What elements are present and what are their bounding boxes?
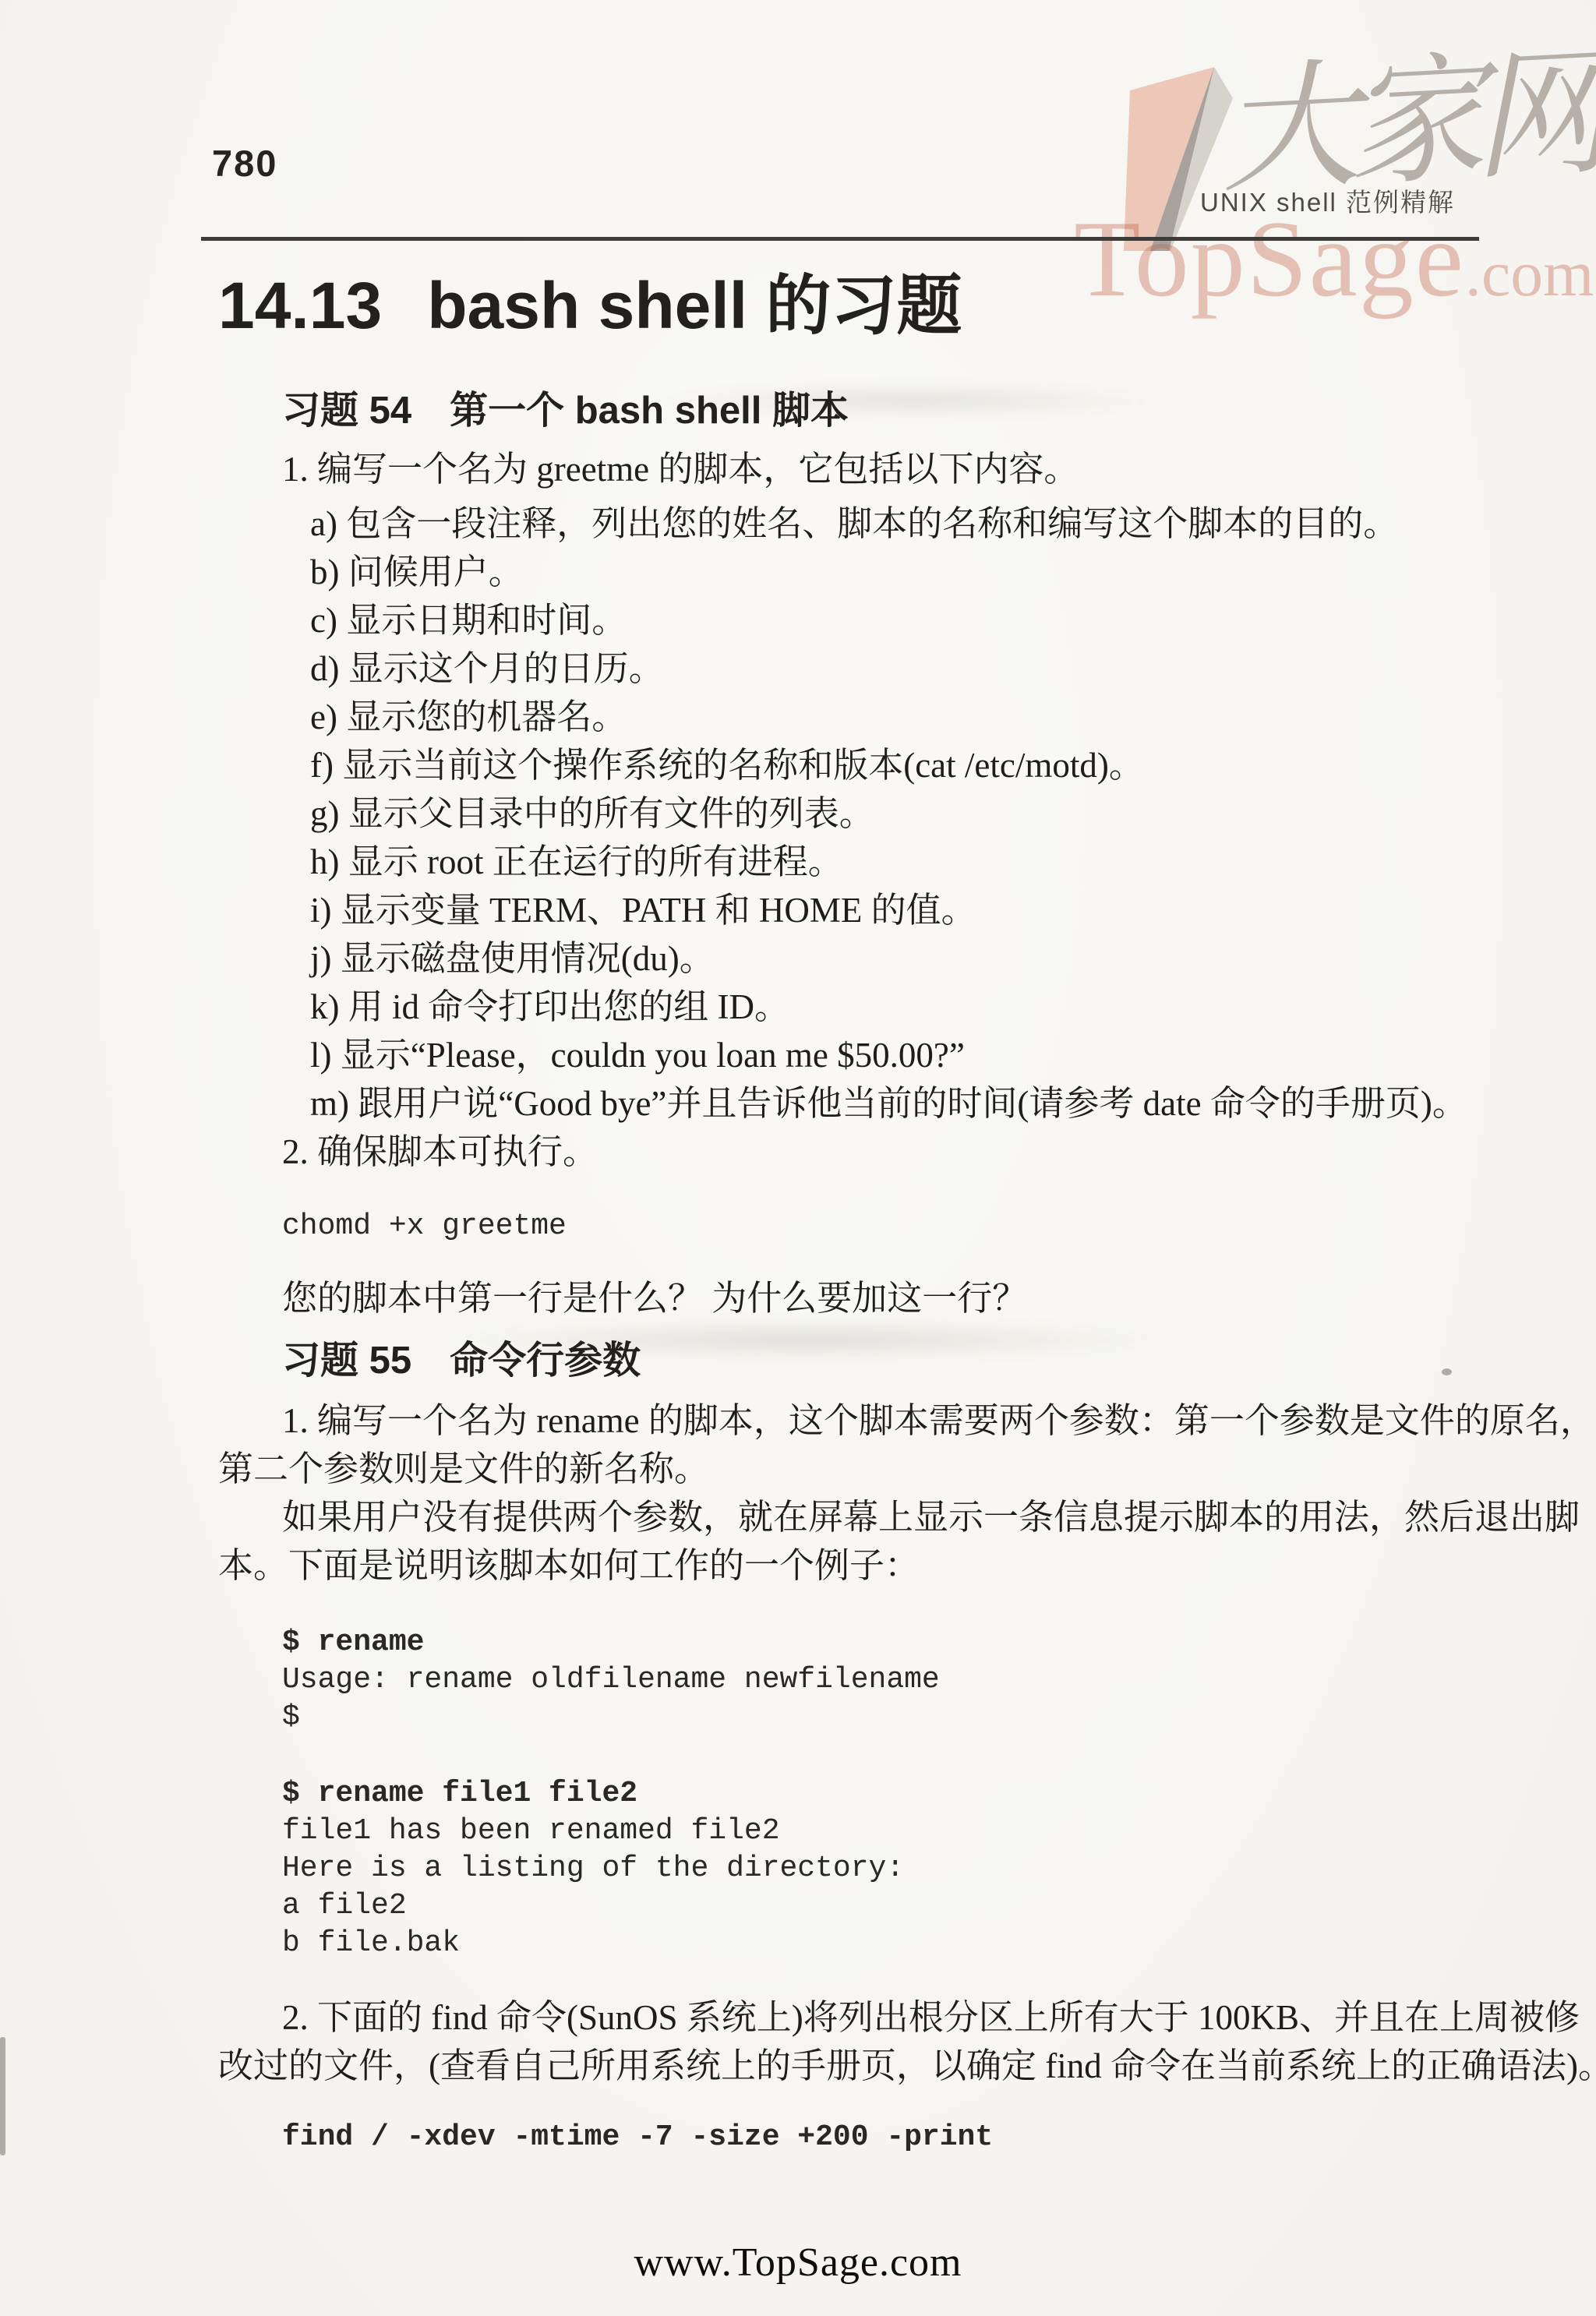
subitem-g: g) 显示父目录中的所有文件的列表。 [310, 789, 1504, 838]
subitem-m: m) 跟用户说“Good bye”并且告诉他当前的时间(请参考 date 命令的… [310, 1079, 1504, 1128]
running-header-title: UNIX shell 范例精解 [1200, 189, 1455, 215]
exercise54-question: 您的脚本中第一行是什么？ 为什么要加这一行？ [218, 1274, 1504, 1322]
scan-edge-mark [0, 2037, 5, 2155]
terminal2-output-line: file1 has been renamed file2 [282, 1813, 1504, 1850]
subitem-f: f) 显示当前这个操作系统的名称和版本(cat /etc/motd)。 [310, 741, 1504, 789]
subitem-a: a) 包含一段注释，列出您的姓名、脚本的名称和编写这个脚本的目的。 [310, 500, 1504, 548]
terminal2-output-line: b file.bak [282, 1925, 1504, 1962]
subitem-l: l) 显示“Please，couldn you loan me $50.00?” [310, 1031, 1504, 1079]
subitem-i: i) 显示变量 TERM、PATH 和 HOME 的值。 [310, 886, 1504, 934]
terminal2-output-line: a file2 [282, 1887, 1504, 1925]
section-heading: 14.13 bash shell 的习题 [218, 273, 1504, 338]
terminal1-command: $ rename [282, 1624, 1504, 1661]
exercise55-para1-line1: 1. 编写一个名为 rename 的脚本，这个脚本需要两个参数：第一个参数是文件… [218, 1396, 1504, 1445]
terminal-transcript-2: $ rename file1 file2 file1 has been rena… [282, 1775, 1504, 1962]
subitem-k: k) 用 id 命令打印出您的组 ID。 [310, 983, 1504, 1031]
chmod-code-line: chomd +x greetme [282, 1212, 1504, 1241]
exercise55-para3-line2: 改过的文件，(查看自己所用系统上的手册页，以确定 find 命令在当前系统上的正… [218, 2042, 1504, 2090]
exercise55-heading: 习题 55 命令行参数 [282, 1338, 1504, 1384]
subitem-j: j) 显示磁盘使用情况(du)。 [310, 934, 1504, 983]
exercise54-item-1: 1. 编写一个名为 greetme 的脚本，它包括以下内容。 [218, 445, 1504, 493]
exercise55-para2-line1: 如果用户没有提供两个参数，就在屏幕上显示一条信息提示脚本的用法，然后退出脚 [218, 1493, 1504, 1541]
section-title-text: bash shell 的习题 [427, 273, 962, 338]
header-divider-rule [201, 237, 1479, 241]
terminal2-output-line: Here is a listing of the directory: [282, 1850, 1504, 1887]
section-number: 14.13 [218, 273, 382, 338]
exercise54-item-2: 2. 确保脚本可执行。 [218, 1128, 1504, 1176]
exercise54-subitem-list: a) 包含一段注释，列出您的姓名、脚本的名称和编写这个脚本的目的。 b) 问候用… [218, 500, 1504, 1128]
subitem-h: h) 显示 root 正在运行的所有进程。 [310, 838, 1504, 886]
scanned-book-page: 780 UNIX shell 范例精解 大家网 TopSage.com 14.1… [0, 0, 1596, 2316]
terminal2-command: $ rename file1 file2 [282, 1775, 1504, 1813]
find-code-line: find / -xdev -mtime -7 -size +200 -print [282, 2123, 1504, 2152]
exercise55-para2-line2: 本。下面是说明该脚本如何工作的一个例子： [218, 1541, 1504, 1590]
exercise55-para1-line2: 第二个参数则是文件的新名称。 [218, 1445, 1504, 1493]
terminal1-output-line: Usage: rename oldfilename newfilename [282, 1661, 1504, 1699]
subitem-d: d) 显示这个月的日历。 [310, 644, 1504, 693]
exercise54-heading: 习题 54 第一个 bash shell 脚本 [282, 388, 1504, 434]
footer-url: www.TopSage.com [0, 2243, 1596, 2283]
terminal-transcript-1: $ rename Usage: rename oldfilename newfi… [282, 1624, 1504, 1736]
subitem-e: e) 显示您的机器名。 [310, 693, 1504, 741]
page-content: 14.13 bash shell 的习题 习题 54 第一个 bash shel… [218, 273, 1504, 2152]
subitem-b: b) 问候用户。 [310, 548, 1504, 596]
page-number: 780 [212, 145, 277, 182]
exercise55-para3-line1: 2. 下面的 find 命令(SunOS 系统上)将列出根分区上所有大于 100… [218, 1993, 1504, 2042]
terminal1-output-line: $ [282, 1699, 1504, 1736]
subitem-c: c) 显示日期和时间。 [310, 596, 1504, 644]
